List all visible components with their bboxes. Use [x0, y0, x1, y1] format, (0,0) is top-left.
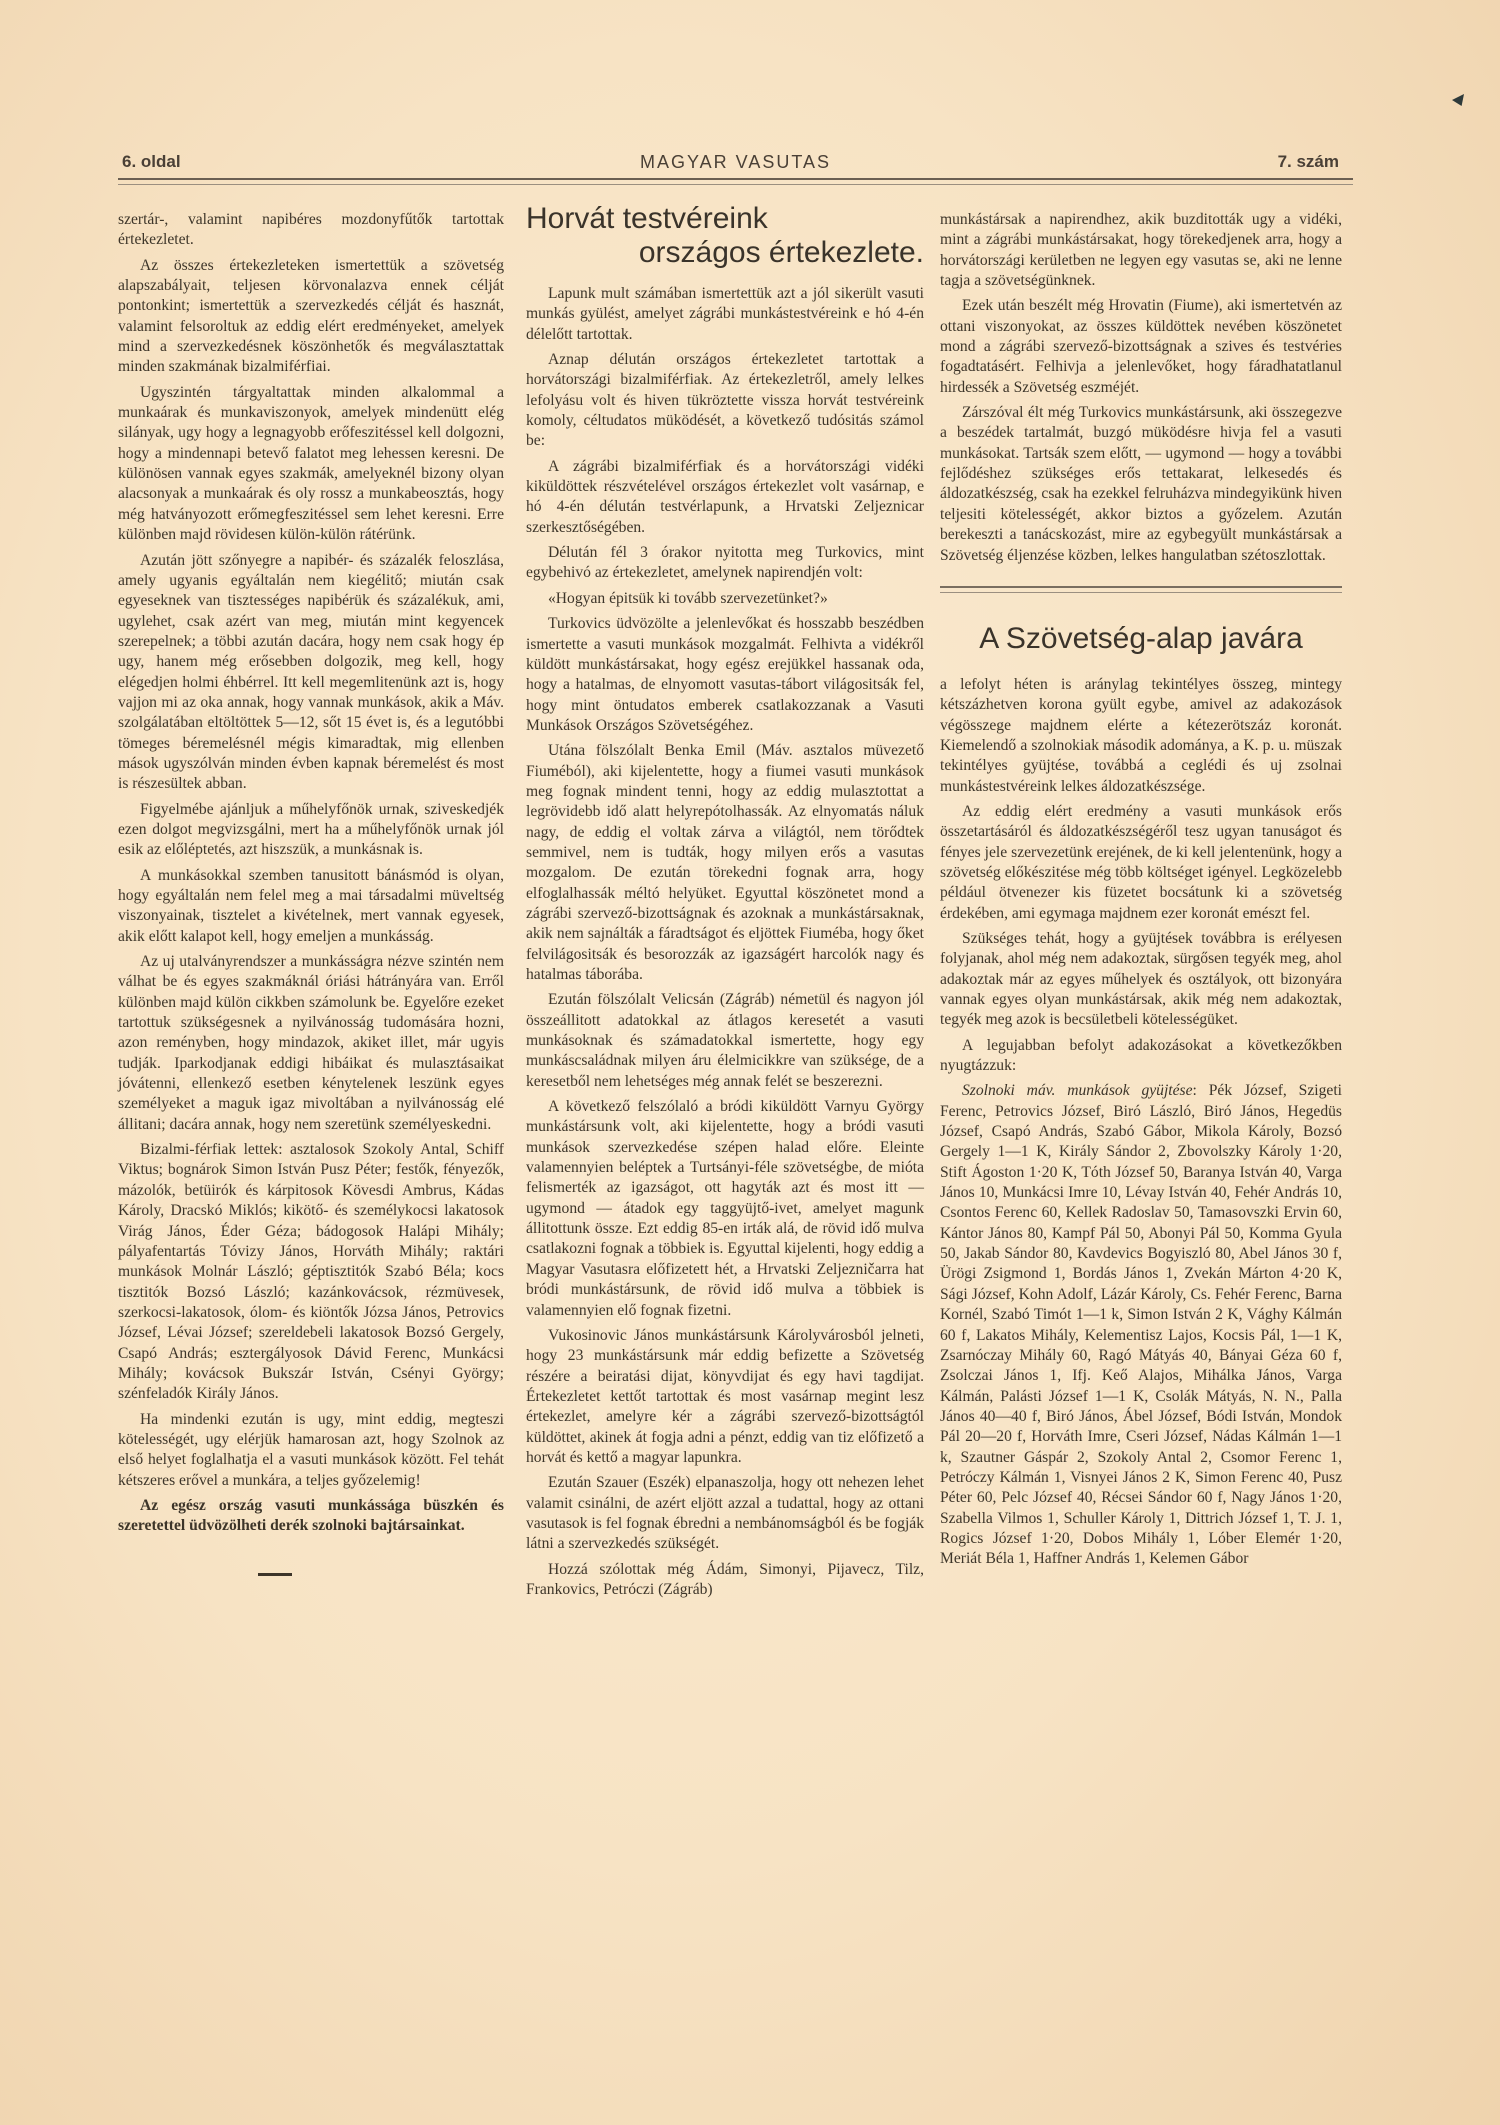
paragraph: Az összes értekezleteken ismertettük a s… [118, 256, 504, 378]
paragraph: Az uj utalványrendszer a munkásságra néz… [118, 952, 504, 1135]
ink-speck [1452, 94, 1464, 106]
paragraph: Lapunk mult számában ismertettük azt a j… [526, 284, 924, 345]
column-1: szertár-, valamint napibéres mozdonyfűtő… [118, 210, 504, 1576]
paragraph: Azután jött szőnyegre a napibér- és száz… [118, 551, 504, 795]
column-3: munkástársak a napirendhez, akik buzdito… [940, 210, 1342, 1575]
paragraph: A legujabban befolyt adakozásokat a köve… [940, 1036, 1342, 1077]
donations-text: : Pék József, Szigeti Ferenc, Petrovics … [940, 1082, 1342, 1567]
issue-number: 7. szám [1278, 152, 1339, 172]
headline-line-1: Horvát testvéreink [526, 202, 768, 235]
paragraph-bold: Az egész ország vasuti munkássága büszké… [118, 1496, 504, 1537]
paragraph: Zárszóval élt még Turkovics munkástársun… [940, 403, 1342, 566]
paragraph: Szükséges tehát, hogy a gyüjtések tovább… [940, 929, 1342, 1031]
newspaper-page: 6. oldal MAGYAR VASUTAS 7. szám szertár-… [118, 148, 1353, 185]
article-headline: Horvát testvéreink országos értekezlete. [526, 202, 924, 270]
paragraph: Aznap délután országos értekezletet tart… [526, 350, 924, 452]
article-headline: A Szövetség-alap javára [940, 621, 1342, 657]
donations-list: Szolnoki máv. munkások gyüjtése: Pék Józ… [940, 1081, 1342, 1569]
paragraph: Hozzá szólottak még Ádám, Simonyi, Pijav… [526, 1560, 924, 1601]
paragraph: munkástársak a napirendhez, akik buzdito… [940, 210, 1342, 291]
headline-line-2: országos értekezlete. [526, 236, 924, 270]
paragraph: szertár-, valamint napibéres mozdonyfűtő… [118, 210, 504, 251]
paragraph: Ezek után beszélt még Hrovatin (Fiume), … [940, 296, 1342, 398]
paragraph: A zágrábi bizalmiférfiak és a horvátorsz… [526, 457, 924, 538]
paragraph: Ezután fölszólalt Velicsán (Zágráb) néme… [526, 990, 924, 1092]
paragraph: Bizalmi-férfiak lettek: asztalosok Szoko… [118, 1140, 504, 1404]
paragraph: Délután fél 3 órakor nyitotta meg Turkov… [526, 543, 924, 584]
paragraph: Turkovics üdvözölte a jelenlevőkat és ho… [526, 614, 924, 736]
article-end-rule [258, 1573, 292, 1576]
paragraph: a lefolyt héten is aránylag tekintélyes … [940, 675, 1342, 797]
paragraph: Az eddig elért eredmény a vasuti munkáso… [940, 802, 1342, 924]
paragraph: Figyelmébe ajánljuk a műhelyfőnök urnak,… [118, 800, 504, 861]
paragraph: Utána fölszólalt Benka Emil (Máv. asztal… [526, 741, 924, 985]
donations-label: Szolnoki máv. munkások gyüjtése [962, 1082, 1193, 1099]
paragraph: Ezután Szauer (Eszék) elpanaszolja, hogy… [526, 1473, 924, 1554]
column-2: Horvát testvéreink országos értekezlete.… [526, 210, 924, 1605]
agenda-quote: «Hogyan épitsük ki tovább szervezetünket… [526, 589, 924, 609]
paragraph: A munkásokkal szemben tanusitott bánásmó… [118, 866, 504, 947]
paragraph: Ugyszintén tárgyaltattak minden alkalomm… [118, 383, 504, 546]
article-separator-rule [940, 586, 1342, 593]
masthead-rule [118, 178, 1353, 185]
paragraph: A következő felszólaló a bródi kiküldött… [526, 1097, 924, 1321]
newspaper-title: MAGYAR VASUTAS [118, 152, 1353, 173]
masthead: 6. oldal MAGYAR VASUTAS 7. szám [118, 148, 1353, 176]
paragraph: Ha mindenki ezután is ugy, mint eddig, m… [118, 1410, 504, 1491]
paragraph: Vukosinovic János munkástársunk Károlyvá… [526, 1326, 924, 1468]
